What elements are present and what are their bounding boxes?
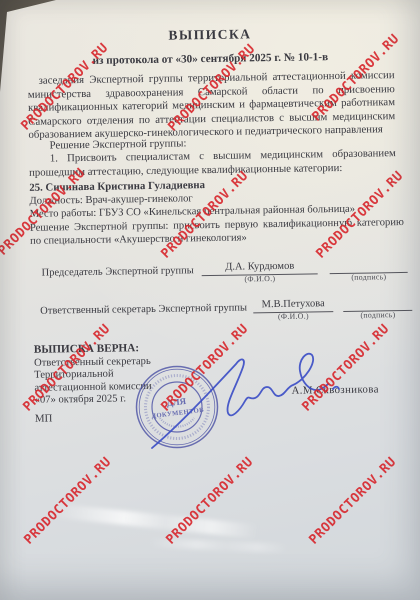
- secretary-sign-caption: (подпись): [344, 310, 413, 320]
- secretary-name: М.В.Петухова: [262, 298, 325, 310]
- chairman-row: Председатель Экспертной группы Д.А. Курд…: [41, 258, 409, 279]
- chairman-sign-line: (подпись): [330, 258, 408, 274]
- signature-stroke: [152, 354, 339, 448]
- chairman-fio-caption: (Ф.И.О.): [202, 273, 318, 284]
- signature-ink: [130, 340, 360, 470]
- document: ВЫПИСКА из протокола от «30» сентября 20…: [0, 0, 420, 600]
- resolution-item: 1. Присвоить специалистам с высшим медиц…: [29, 147, 396, 180]
- secretary-fio-caption: (Ф.И.О.): [253, 311, 334, 321]
- photo-background: ВЫПИСКА из протокола от «30» сентября 20…: [0, 0, 420, 600]
- secretary-row: Ответственный секретарь Экспертной групп…: [40, 296, 412, 317]
- entry-decision: Решение Экспертной группы: присвоить пер…: [30, 216, 404, 248]
- chairman-name-line: Д.А. Курдюмов (Ф.И.О.): [202, 259, 318, 276]
- chairman-label: Председатель Экспертной группы: [42, 265, 194, 278]
- chairman-name: Д.А. Курдюмов: [225, 261, 294, 273]
- secretary-label: Ответственный секретарь Экспертной групп…: [40, 302, 247, 316]
- mp-label: МП: [35, 413, 53, 425]
- chairman-sign-caption: (подпись): [330, 272, 408, 282]
- secretary-sign-line: (подпись): [343, 296, 412, 312]
- doc-paragraph: заседания Экспертной группы территориаль…: [28, 69, 396, 143]
- doc-title: ВЫПИСКА: [0, 24, 420, 47]
- doc-subtitle: из протокола от «30» сентября 2025 г. № …: [0, 50, 420, 69]
- secretary-name-line: М.В.Петухова (Ф.И.О.): [253, 297, 334, 313]
- entry-block: 25. Сичинава Кристина Гуладиевна Должнос…: [29, 176, 404, 248]
